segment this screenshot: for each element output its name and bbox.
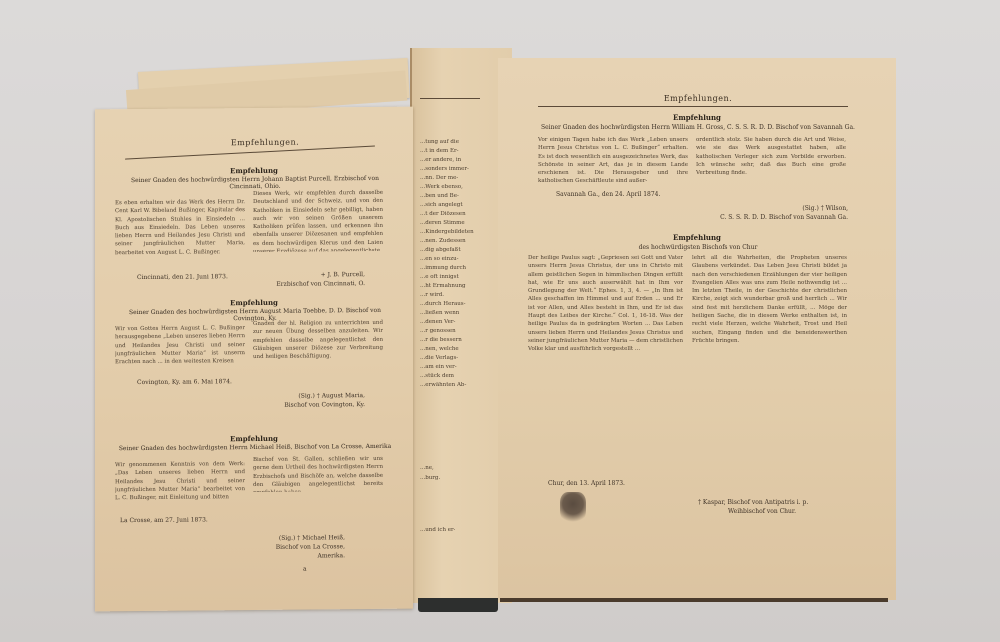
torn-text-column: ...tung auf die ...t in dem Er- ...er an… (420, 138, 482, 390)
signature-block: (Sig.) † Michael Heiß, Bischof von La Cr… (245, 533, 345, 561)
place-date: La Crosse, am 27. Juni 1873. (120, 516, 208, 524)
text-line: ...nn. Der me- (420, 174, 482, 183)
place-date: Cincinnati, den 21. Juni 1873. (137, 273, 228, 281)
text-column-2: ordentlich stolz. Sie haben durch die Ar… (696, 136, 846, 178)
paragraph: Es eben erhalten wir das Werk des Herrn … (115, 199, 245, 256)
text-line: ...nen. Zudessen (420, 237, 482, 246)
text-line: ...nen, welche (420, 345, 482, 354)
section-intro: Seiner Gnaden des hochwürdigsten Herrn M… (115, 443, 395, 452)
paragraph: Vor einigen Tagen habe ich das Werk „Leb… (538, 137, 688, 184)
text-line: ...Werk ebenso, (420, 183, 482, 192)
text-line: ...t der Diözesen (420, 210, 482, 219)
text-line: ...sonders immer- (420, 165, 482, 174)
text-line: ...dig abgefaßt (420, 246, 482, 255)
place-date: Covington, Ky. am 6. Mai 1874. (137, 378, 232, 386)
text-line: ...immung durch (420, 264, 482, 273)
text-line: ...r die bessern (420, 336, 482, 345)
text-line: ...sich angelegt (420, 201, 482, 210)
section-intro: Seiner Gnaden des hochwürdigsten Herrn W… (523, 124, 873, 131)
text-line: ...tung auf die (420, 138, 482, 147)
text-line: ...ne, (420, 464, 434, 473)
running-head: Empfehlungen. (215, 137, 315, 147)
text-line: ...ben und Be- (420, 192, 482, 201)
text-line: ...ließen wenn (420, 309, 482, 318)
text-column-1: Der heilige Paulus sagt: „Gepriesen sei … (528, 254, 683, 474)
text-line: ...Kindergebildeten (420, 228, 482, 237)
signature-block: (Sig.) † August Maria, Bischof von Covin… (265, 391, 365, 410)
paragraph: lehrt all die Wahrheiten, die Propheten … (692, 255, 847, 344)
header-rule (420, 98, 480, 99)
text-line: ...deren Stimme (420, 219, 482, 228)
book-cover-edge (500, 598, 888, 602)
signature-title: Erzbischof von Cincinnati, O. (265, 279, 365, 289)
signature-title: Weihbischof von Chur. (698, 507, 828, 516)
paragraph: ordentlich stolz. Sie haben durch die Ar… (696, 137, 846, 176)
text-column-1: Es eben erhalten wir das Werk des Herrn … (115, 198, 245, 261)
text-line: ...e oft innigst (420, 273, 482, 282)
signature-place: Amerika. (245, 551, 345, 561)
signature-title: Bischof von Covington, Ky. (265, 400, 365, 410)
text-line: ...die Verlags- (420, 354, 482, 363)
coat-of-arms-stamp-icon (560, 492, 586, 526)
section-title: Empfehlung (498, 113, 896, 122)
text-line: ...burg. (420, 474, 440, 483)
text-line: ...t in dem Er- (420, 147, 482, 156)
text-line: ...r genossen (420, 327, 482, 336)
text-column-2: Bischof von St. Gallen, schließen wir un… (253, 455, 383, 492)
signature-block: (Sig.) † Wilson, C. S. S. R. D. D. Bisch… (708, 204, 848, 222)
place-date: Savannah Ga., den 24. April 1874. (556, 191, 660, 198)
text-column-1: Vor einigen Tagen habe ich das Werk „Leb… (538, 136, 688, 186)
paragraph: Wir genommenen Kenntnis von dem Werk: „D… (115, 461, 245, 501)
text-line: ...denen Ver- (420, 318, 482, 327)
text-line: ...ht Ermahnung (420, 282, 482, 291)
text-column-2: Dieses Werk, wir empfehlen durch dasselb… (253, 189, 383, 252)
paragraph: Gnaden der hl. Religion zu unterrichten … (253, 320, 383, 360)
text-column-2: Gnaden der hl. Religion zu unterrichten … (253, 319, 383, 364)
text-line: ...durch Heraus- (420, 300, 482, 309)
place-date: Chur, den 13. April 1873. (548, 480, 625, 487)
paragraph: Wir von Gottes Herrn August L. C. Bußing… (115, 325, 245, 365)
text-line: ...er andere, in (420, 156, 482, 165)
book-spine (418, 598, 498, 612)
signature-title: C. S. S. R. D. D. Bischof von Savannah G… (708, 213, 848, 222)
torn-middle-page: ...tung auf die ...t in dem Er- ...er an… (410, 48, 512, 603)
text-line: ...en so einzu- (420, 255, 482, 264)
signature-block: + J. B. Purcell, Erzbischof von Cincinna… (265, 270, 365, 289)
text-line: ...und ich er- (420, 526, 455, 535)
running-head: Empfehlungen. (648, 94, 748, 103)
signature-mark: a (303, 566, 307, 573)
text-line: ...am ein ver- (420, 363, 482, 372)
left-page: Empfehlungen. Empfehlung Seiner Gnaden d… (95, 107, 413, 612)
text-line: ...r wird. (420, 291, 482, 300)
header-rule (125, 145, 375, 159)
text-column-1: Wir genommenen Kenntnis von dem Werk: „D… (115, 460, 245, 505)
text-line: ...stück dem (420, 372, 482, 381)
text-line: ...erwähnten Ab- (420, 381, 482, 390)
signature-block: † Kaspar, Bischof von Antipatris i. p. W… (698, 498, 828, 516)
section-intro: des hochwürdigsten Bischofs von Chur (523, 244, 873, 251)
text-column-1: Wir von Gottes Herrn August L. C. Bußing… (115, 324, 245, 369)
signature-name: (Sig.) † Wilson, (708, 204, 848, 213)
text-column-2: lehrt all die Wahrheiten, die Propheten … (692, 254, 847, 474)
signature-name: † Kaspar, Bischof von Antipatris i. p. (698, 498, 828, 507)
header-rule (538, 106, 848, 107)
right-page: Empfehlungen. Empfehlung Seiner Gnaden d… (498, 58, 896, 600)
section-title: Empfehlung (498, 233, 896, 242)
paragraph: Bischof von St. Gallen, schließen wir un… (253, 456, 383, 492)
paragraph: Dieses Werk, wir empfehlen durch dasselb… (253, 190, 383, 252)
paragraph: Der heilige Paulus sagt: „Gepriesen sei … (528, 255, 683, 352)
